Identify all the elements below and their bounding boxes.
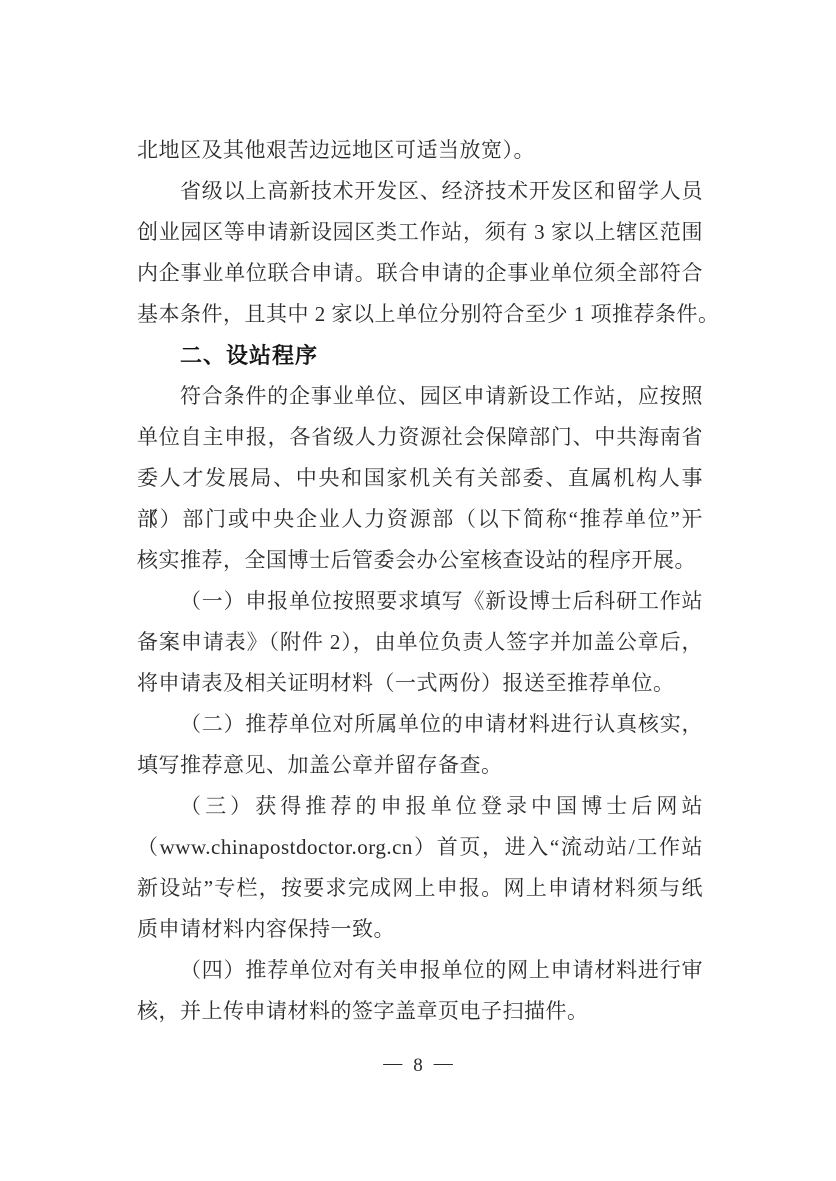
document-line: 质申请材料内容保持一致。 [137, 909, 703, 950]
document-line: （三）获得推荐的申报单位登录中国博士后网站 [137, 786, 703, 827]
document-line: （二）推荐单位对所属单位的申请材料进行认真核实， [137, 704, 703, 745]
document-line: 填写推荐意见、加盖公章并留存备查。 [137, 745, 703, 786]
footer-dash-right: — [434, 1053, 453, 1075]
document-line: （一）申报单位按照要求填写《新设博士后科研工作站 [137, 581, 703, 622]
footer-dash-left: — [383, 1053, 402, 1075]
document-line: 基本条件，且其中 2 家以上单位分别符合至少 1 项推荐条件。 [137, 294, 703, 335]
document-line: （四）推荐单位对有关申报单位的网上申请材料进行审 [137, 950, 703, 991]
document-body: 北地区及其他艰苦边远地区可适当放宽）。省级以上高新技术开发区、经济技术开发区和留… [137, 130, 703, 1032]
document-line: 将申请表及相关证明材料（一式两份）报送至推荐单位。 [137, 663, 703, 704]
document-line: 备案申请表》（附件 2），由单位负责人签字并加盖公章后， [137, 622, 703, 663]
document-line: 创业园区等申请新设园区类工作站，须有 3 家以上辖区范围 [137, 212, 703, 253]
document-line: 省级以上高新技术开发区、经济技术开发区和留学人员 [137, 171, 703, 212]
document-page: 北地区及其他艰苦边远地区可适当放宽）。省级以上高新技术开发区、经济技术开发区和留… [0, 0, 836, 1181]
document-line: 委人才发展局、中央和国家机关有关部委、直属机构人事（干 [137, 458, 703, 499]
page-footer: —8— [0, 1055, 836, 1077]
document-line: 单位自主申报，各省级人力资源社会保障部门、中共海南省 [137, 417, 703, 458]
document-line: （www.chinapostdoctor.org.cn）首页，进入“流动站/工作… [137, 827, 703, 868]
document-line: 符合条件的企事业单位、园区申请新设工作站，应按照 [137, 376, 703, 417]
document-line: 北地区及其他艰苦边远地区可适当放宽）。 [137, 130, 703, 171]
section-heading: 二、设站程序 [137, 335, 703, 376]
document-line: 内企事业单位联合申请。联合申请的企事业单位须全部符合 [137, 253, 703, 294]
page-number: 8 [413, 1055, 423, 1077]
document-line: 核实推荐，全国博士后管委会办公室核查设站的程序开展。 [137, 540, 703, 581]
document-line: 新设站”专栏，按要求完成网上申报。网上申请材料须与纸 [137, 868, 703, 909]
document-line: 部）部门或中央企业人力资源部（以下简称“推荐单位”） [137, 499, 703, 540]
document-line: 核，并上传申请材料的签字盖章页电子扫描件。 [137, 991, 703, 1032]
